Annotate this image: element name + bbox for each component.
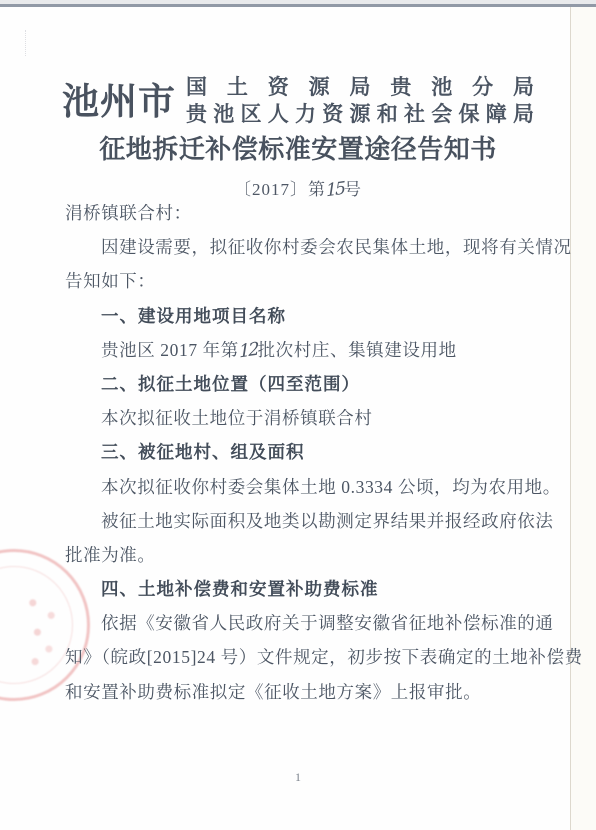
document-body: 涓桥镇联合村： 因建设需要，拟征收你村委会农民集体土地，现将有关情况 告知如下：… [65, 196, 533, 709]
scan-artifact [25, 30, 31, 56]
document-title: 征地拆迁补偿标准安置途径告知书 [62, 133, 534, 165]
scanned-document-page: 池州市 国土资源局贵池分局 贵池区人力资源和社会保障局 征地拆迁补偿标准安置途径… [0, 0, 596, 830]
section-2-content: 本次拟征收土地位于涓桥镇联合村 [65, 401, 533, 435]
salutation: 涓桥镇联合村： [65, 196, 533, 230]
issuer-bureau-line2: 贵池区人力资源和社会保障局 [186, 101, 534, 128]
section-heading-3: 三、被征地村、组及面积 [65, 435, 533, 469]
section-1-content: 贵池区 2017 年第12批次村庄、集镇建设用地 [65, 333, 533, 367]
issuer-city-name: 池州市 [62, 83, 176, 120]
section-heading-4: 四、土地补偿费和安置补助费标准 [65, 572, 533, 606]
section-4-line-2: 知》（皖政[2015]24 号）文件规定，初步按下表确定的土地补偿费 [65, 640, 533, 674]
issuer-bureau-line1: 国土资源局贵池分局 [186, 74, 534, 101]
scan-top-border [0, 4, 596, 7]
section-4-line-1: 依据《安徽省人民政府关于调整安徽省征地补偿标准的通 [65, 606, 533, 640]
section-1-suffix: 批次村庄、集镇建设用地 [258, 340, 457, 360]
section-heading-1: 一、建设用地项目名称 [65, 299, 533, 333]
issuer-row: 池州市 国土资源局贵池分局 贵池区人力资源和社会保障局 [62, 74, 534, 128]
document-header: 池州市 国土资源局贵池分局 贵池区人力资源和社会保障局 征地拆迁补偿标准安置途径… [62, 74, 534, 200]
page-number: 1 [0, 770, 596, 785]
section-3-line-3: 批准为准。 [65, 538, 533, 572]
stamp-faint-marks [19, 586, 65, 670]
intro-line-2: 告知如下： [65, 264, 533, 298]
issuer-bureau-names: 国土资源局贵池分局 贵池区人力资源和社会保障局 [186, 74, 534, 128]
handwritten-batch-number: 12 [238, 332, 258, 369]
section-heading-2: 二、拟征土地位置（四至范围） [65, 367, 533, 401]
intro-line-1: 因建设需要，拟征收你村委会农民集体土地，现将有关情况 [65, 230, 533, 264]
section-1-prefix: 贵池区 2017 年第 [101, 340, 239, 360]
section-4-line-3: 和安置补助费标准拟定《征收土地方案》上报审批。 [65, 675, 533, 709]
section-3-line-2: 被征土地实际面积及地类以勘测定界结果并报经政府依法 [65, 504, 533, 538]
scan-right-margin [571, 7, 596, 830]
section-3-line-1: 本次拟征收你村委会集体土地 0.3334 公顷，均为农用地。 [65, 470, 533, 504]
